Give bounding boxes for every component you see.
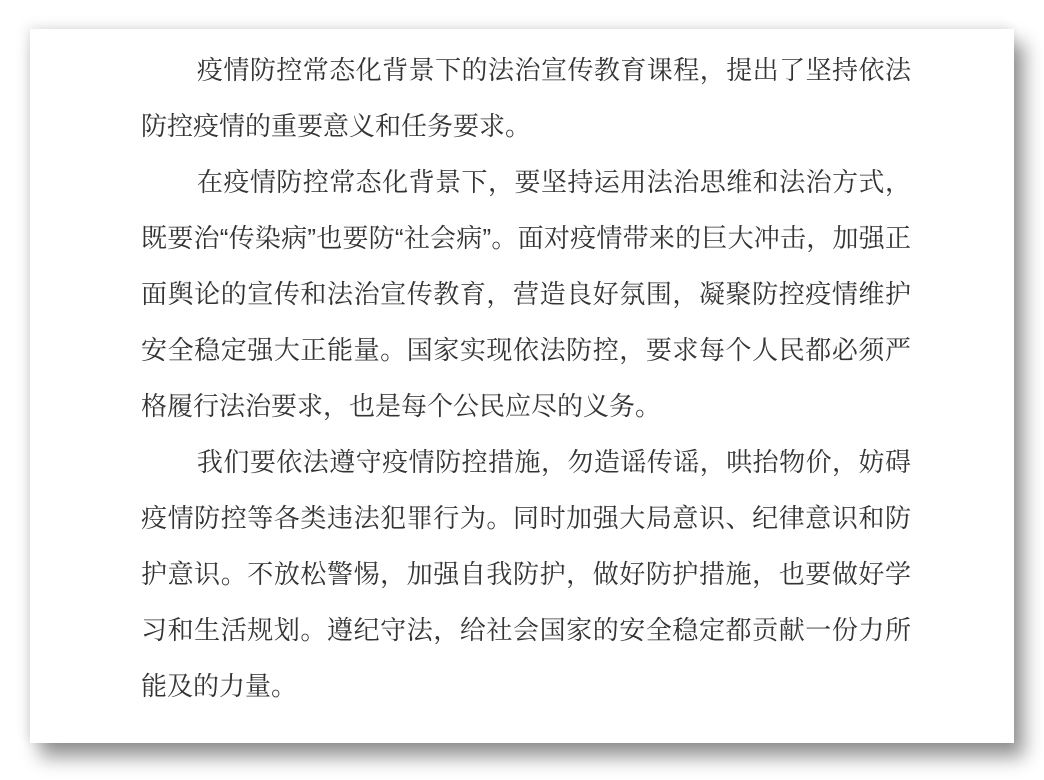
paragraph-conclusion: 我们要依法遵守疫情防控措施，勿造谣传谣，哄抬物价，妨碍疫情防控等各类违法犯罪行为… xyxy=(141,434,911,714)
paragraph-body: 在疫情防控常态化背景下，要坚持运用法治思维和法治方式，既要治“传染病”也要防“社… xyxy=(141,154,911,434)
document-page: 疫情防控常态化背景下的法治宣传教育课程，提出了坚持依法防控疫情的重要意义和任务要… xyxy=(30,29,1014,743)
document-canvas: 疫情防控常态化背景下的法治宣传教育课程，提出了坚持依法防控疫情的重要意义和任务要… xyxy=(0,0,1044,780)
paragraph-intro: 疫情防控常态化背景下的法治宣传教育课程，提出了坚持依法防控疫情的重要意义和任务要… xyxy=(141,42,911,154)
document-text-block: 疫情防控常态化背景下的法治宣传教育课程，提出了坚持依法防控疫情的重要意义和任务要… xyxy=(141,42,911,714)
